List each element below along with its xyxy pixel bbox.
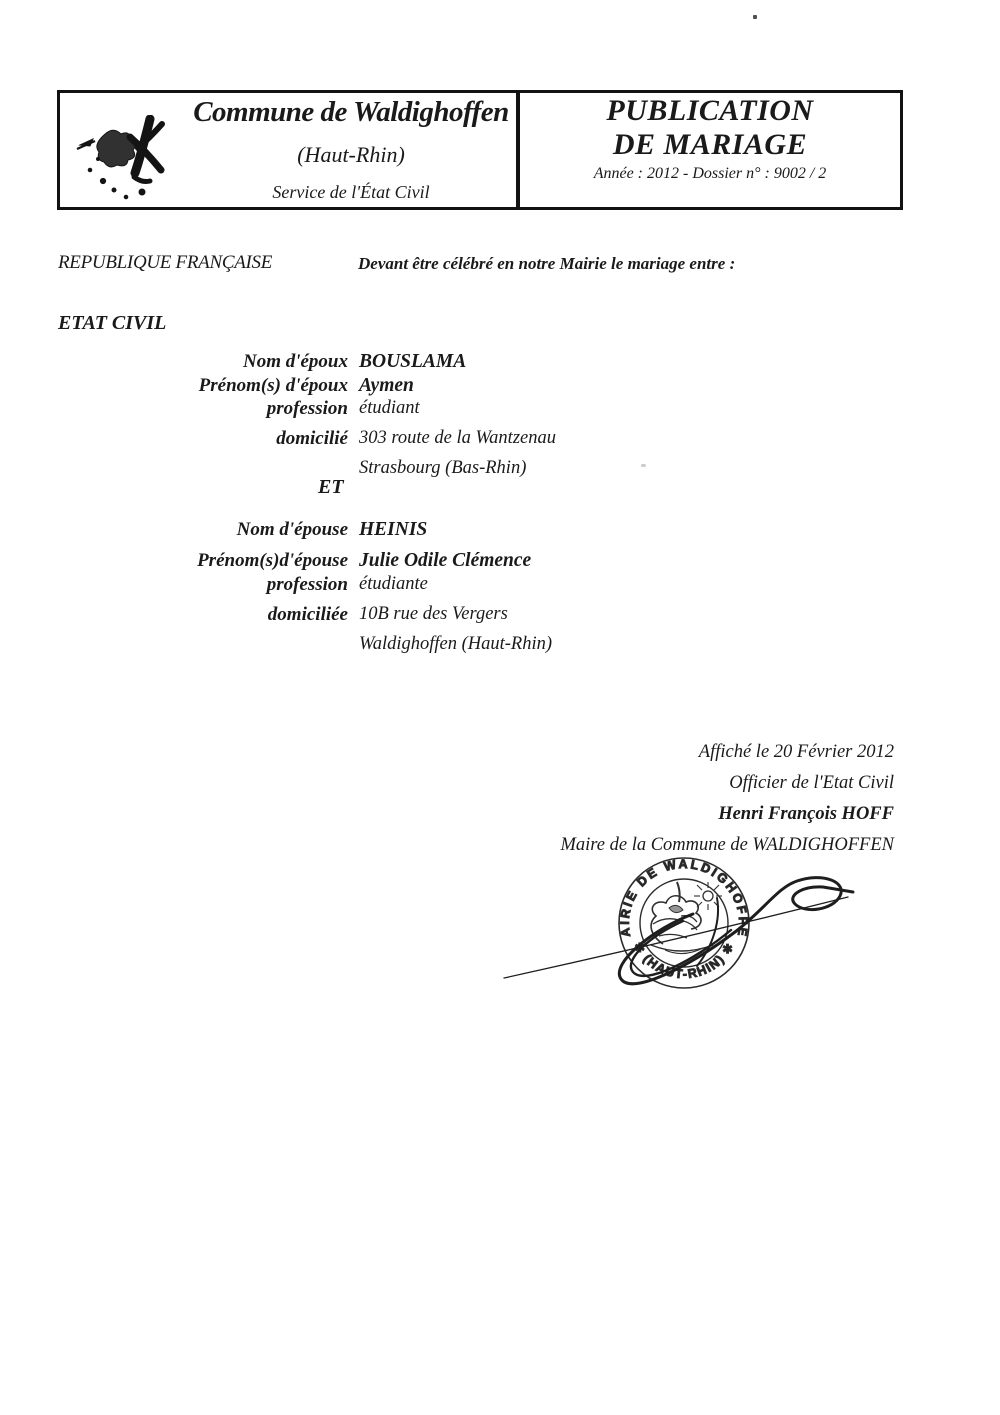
field-value: 303 route de la Wantzenau [359,428,556,449]
field-row-bride-firstname: Prénom(s)d'épouse Julie Odile Clémence [0,550,1000,576]
and-separator: ET [318,476,344,499]
officer-title-line: Officier de l'Etat Civil [300,768,894,799]
publication-title-line2: DE MARIAGE [520,128,900,162]
commune-ink-logo-icon [74,115,184,201]
town-seal-icon: MAIRIE DE WALDIGHOFFEN ✱ (HAUT-RHIN) ✱ [425,848,750,988]
field-value: Strasbourg (Bas-Rhin) [359,458,526,479]
field-value: étudiant [359,398,420,419]
field-row-bride-name: Nom d'épouse HEINIS [0,519,1000,545]
document-page: Commune de Waldighoffen (Haut-Rhin) Serv… [0,0,1000,1415]
signature-icon [504,878,853,984]
field-row-bride-address: domiciliée 10B rue des Vergers [0,604,1000,630]
commune-region: (Haut-Rhin) [188,142,514,168]
field-value: HEINIS [359,519,427,541]
svg-text:MAIRIE DE WALDIGHOFFEN: MAIRIE DE WALDIGHOFFEN [425,848,750,939]
field-value: 10B rue des Vergers [359,604,508,625]
scan-artifact-dot [753,15,757,19]
officer-name-line: Henri François HOFF [300,799,894,830]
field-value: Waldighoffen (Haut-Rhin) [359,634,552,655]
header-banner: Commune de Waldighoffen (Haut-Rhin) Serv… [57,90,903,210]
posted-date-line: Affiché le 20 Février 2012 [300,737,894,768]
republic-label: REPUBLIQUE FRANÇAISE [58,252,272,274]
field-row-bride-profession: profession étudiante [0,574,1000,600]
publication-title-line1: PUBLICATION [520,94,900,128]
field-value: Aymen [359,375,414,397]
field-row-groom-profession: profession étudiant [0,398,1000,424]
field-row-groom-name: Nom d'époux BOUSLAMA [0,351,1000,377]
field-label: profession [60,574,348,596]
commune-service: Service de l'État Civil [188,182,514,203]
field-label: Prénom(s)d'épouse [60,550,348,572]
marriage-statement: Devant être célébré en notre Mairie le m… [358,254,735,274]
field-value: étudiante [359,574,428,595]
field-label: Nom d'époux [60,351,348,373]
field-row-bride-city: Waldighoffen (Haut-Rhin) [0,634,1000,660]
official-seal-and-signature: MAIRIE DE WALDIGHOFFEN ✱ (HAUT-RHIN) ✱ [425,848,875,1018]
seal-text-top: MAIRIE DE WALDIGHOFFEN [425,848,750,939]
field-label: Nom d'épouse [60,519,348,541]
publication-dossier-meta: Année : 2012 - Dossier n° : 9002 / 2 [520,165,900,183]
field-row-groom-address: domicilié 303 route de la Wantzenau [0,428,1000,454]
field-row-groom-city: Strasbourg (Bas-Rhin) [0,458,1000,484]
field-label: domiciliée [60,604,348,626]
field-value: Julie Odile Clémence [359,550,531,572]
commune-title: Commune de Waldighoffen [188,96,514,129]
signature-block: Affiché le 20 Février 2012 Officier de l… [300,737,894,861]
field-value: BOUSLAMA [359,351,466,373]
field-label: domicilié [60,428,348,450]
field-label: Prénom(s) d'époux [60,375,348,397]
field-label: profession [60,398,348,420]
etat-civil-heading: ETAT CIVIL [58,312,166,335]
